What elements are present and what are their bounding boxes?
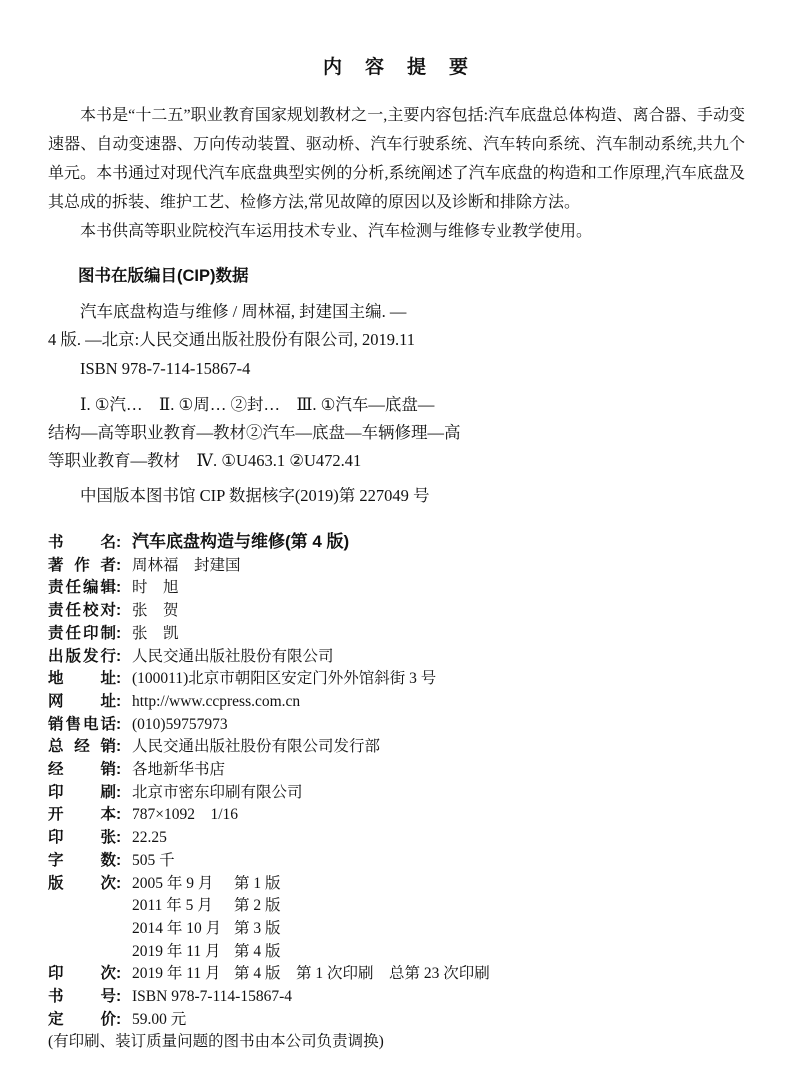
colophon-label: 版次	[48, 873, 116, 896]
colophon-row: 书名:汽车底盘构造与维修(第 4 版)	[48, 531, 745, 555]
colophon-colon: :	[116, 691, 132, 714]
colophon-value: 张 贺	[132, 602, 179, 619]
cip-heading: 图书在版编目(CIP)数据	[78, 262, 745, 286]
colophon-colon: :	[116, 623, 132, 646]
colophon-label: 著作者	[48, 555, 116, 578]
colophon-row: 著作者:周林福 封建国	[48, 555, 745, 578]
quality-note: (有印刷、装订质量问题的图书由本公司负责调换)	[48, 1031, 745, 1054]
colophon-colon: :	[116, 850, 132, 873]
edition-info: 第 3 版	[234, 920, 281, 937]
colophon-value: 各地新华书店	[132, 761, 225, 778]
colophon-value: 周林福 封建国	[132, 557, 241, 574]
colophon-row: 责任校对:张 贺	[48, 600, 745, 623]
colophon-colon: :	[116, 714, 132, 737]
colophon-value: 2014 年 10 月第 3 版	[132, 920, 281, 937]
colophon-value: 汽车底盘构造与维修(第 4 版)	[132, 532, 349, 551]
colophon-label: 经销	[48, 759, 116, 782]
colophon-colon: :	[116, 555, 132, 578]
colophon-row: 出版发行:人民交通出版社股份有限公司	[48, 646, 745, 669]
colophon-colon: :	[116, 873, 132, 896]
colophon-colon: :	[116, 668, 132, 691]
colophon-colon: :	[116, 532, 132, 555]
colophon-label: 字数	[48, 850, 116, 873]
colophon-row: 网址:http://www.ccpress.com.cn	[48, 691, 745, 714]
colophon-row: 印张:22.25	[48, 827, 745, 850]
colophon-value: 787×1092 1/16	[132, 806, 238, 823]
colophon-label: 出版发行	[48, 646, 116, 669]
colophon-colon: :	[116, 986, 132, 1009]
cip-record-number: 中国版本图书馆 CIP 数据核字(2019)第 227049 号	[48, 482, 745, 510]
edition-info: 第 4 版	[234, 943, 281, 960]
colophon-colon: :	[116, 963, 132, 986]
cip-classification-line-2: 结构—高等职业教育—教材②汽车—底盘—车辆修理—高	[48, 419, 745, 447]
colophon-label: 责任编辑	[48, 577, 116, 600]
colophon-value: 北京市密东印刷有限公司	[132, 784, 303, 801]
colophon-row: 销售电话:(010)59757973	[48, 714, 745, 737]
colophon-row: 总经销:人民交通出版社股份有限公司发行部	[48, 736, 745, 759]
cip-classification-line-3: 等职业教育—教材 Ⅳ. ①U463.1 ②U472.41	[48, 447, 745, 475]
cip-record-line-1: 汽车底盘构造与维修 / 周林福, 封建国主编. —	[48, 298, 745, 326]
colophon-value: ISBN 978-7-114-15867-4	[132, 988, 292, 1005]
intro-paragraph-1: 本书是“十二五”职业教育国家规划教材之一,主要内容包括:汽车底盘总体构造、离合器…	[48, 101, 745, 217]
colophon-label: 印刷	[48, 782, 116, 805]
colophon-row: :2019 年 11 月第 4 版	[48, 941, 745, 964]
colophon-label: 责任印制	[48, 623, 116, 646]
colophon-value: (010)59757973	[132, 716, 228, 733]
colophon-label: 书名	[48, 532, 116, 555]
colophon-value: 时 旭	[132, 579, 179, 596]
colophon-value: 505 千	[132, 852, 175, 869]
colophon-value: 2019 年 11 月第 4 版 第 1 次印刷 总第 23 次印刷	[132, 965, 490, 982]
colophon-row: 责任编辑:时 旭	[48, 577, 745, 600]
colophon-value: 22.25	[132, 829, 167, 846]
colophon-label: 书号	[48, 986, 116, 1009]
colophon-value: http://www.ccpress.com.cn	[132, 693, 300, 710]
colophon-row: 定价:59.00 元	[48, 1009, 745, 1032]
colophon-value: 2019 年 11 月第 4 版	[132, 943, 281, 960]
colophon-colon: :	[116, 782, 132, 805]
colophon-colon: :	[116, 804, 132, 827]
colophon-colon: :	[116, 759, 132, 782]
edition-date: 2011 年 5 月	[132, 895, 234, 918]
colophon-label: 总经销	[48, 736, 116, 759]
colophon-colon: :	[116, 1009, 132, 1032]
colophon-label: 责任校对	[48, 600, 116, 623]
edition-info: 第 4 版 第 1 次印刷 总第 23 次印刷	[234, 965, 490, 982]
colophon-value: 2011 年 5 月第 2 版	[132, 897, 281, 914]
edition-date: 2019 年 11 月	[132, 963, 234, 986]
cip-record-line-2: 4 版. —北京:人民交通出版社股份有限公司, 2019.11	[48, 326, 745, 354]
colophon-colon: :	[116, 600, 132, 623]
edition-info: 第 1 版	[234, 875, 281, 892]
edition-date: 2019 年 11 月	[132, 941, 234, 964]
edition-date: 2014 年 10 月	[132, 918, 234, 941]
colophon-row: :2014 年 10 月第 3 版	[48, 918, 745, 941]
colophon-row: 印刷:北京市密东印刷有限公司	[48, 782, 745, 805]
cip-section: 图书在版编目(CIP)数据 汽车底盘构造与维修 / 周林福, 封建国主编. — …	[48, 262, 745, 510]
colophon-row: 印次:2019 年 11 月第 4 版 第 1 次印刷 总第 23 次印刷	[48, 963, 745, 986]
colophon-label: 印张	[48, 827, 116, 850]
colophon-row: 字数:505 千	[48, 850, 745, 873]
colophon-row: 经销:各地新华书店	[48, 759, 745, 782]
edition-date: 2005 年 9 月	[132, 873, 234, 896]
colophon-list: : 书名:汽车底盘构造与维修(第 4 版) 著作者:周林福 封建国 责任编辑:时…	[48, 531, 745, 1031]
colophon-row: 书号:ISBN 978-7-114-15867-4	[48, 986, 745, 1009]
colophon-colon: :	[116, 577, 132, 600]
colophon-row: :2011 年 5 月第 2 版	[48, 895, 745, 918]
colophon-colon: :	[116, 736, 132, 759]
colophon-row: 开本:787×1092 1/16	[48, 804, 745, 827]
colophon-row: 地址:(100011)北京市朝阳区安定门外外馆斜街 3 号	[48, 668, 745, 691]
colophon-value: 张 凯	[132, 625, 179, 642]
colophon-value: (100011)北京市朝阳区安定门外外馆斜街 3 号	[132, 670, 436, 687]
colophon-value: 人民交通出版社股份有限公司发行部	[132, 738, 380, 755]
colophon-label: 地址	[48, 668, 116, 691]
intro-paragraph-2: 本书供高等职业院校汽车运用技术专业、汽车检测与维修专业教学使用。	[48, 217, 745, 246]
colophon-label: 网址	[48, 691, 116, 714]
colophon-colon: :	[116, 646, 132, 669]
colophon-label: 定价	[48, 1009, 116, 1032]
page-title: 内 容 提 要	[48, 52, 745, 79]
colophon-row: 责任印制:张 凯	[48, 623, 745, 646]
copyright-page: 内 容 提 要 本书是“十二五”职业教育国家规划教材之一,主要内容包括:汽车底盘…	[0, 0, 790, 1068]
colophon-colon: :	[116, 827, 132, 850]
edition-info: 第 2 版	[234, 897, 281, 914]
colophon-label: 销售电话	[48, 714, 116, 737]
cip-classification-line-1: Ⅰ. ①汽… Ⅱ. ①周… ②封… Ⅲ. ①汽车—底盘—	[48, 391, 745, 419]
colophon-value: 59.00 元	[132, 1011, 186, 1028]
colophon-label: 开本	[48, 804, 116, 827]
colophon-label: 印次	[48, 963, 116, 986]
colophon-row: 版次:2005 年 9 月第 1 版	[48, 873, 745, 896]
colophon-value: 2005 年 9 月第 1 版	[132, 875, 281, 892]
cip-isbn: ISBN 978-7-114-15867-4	[48, 355, 745, 383]
colophon-value: 人民交通出版社股份有限公司	[132, 648, 334, 665]
